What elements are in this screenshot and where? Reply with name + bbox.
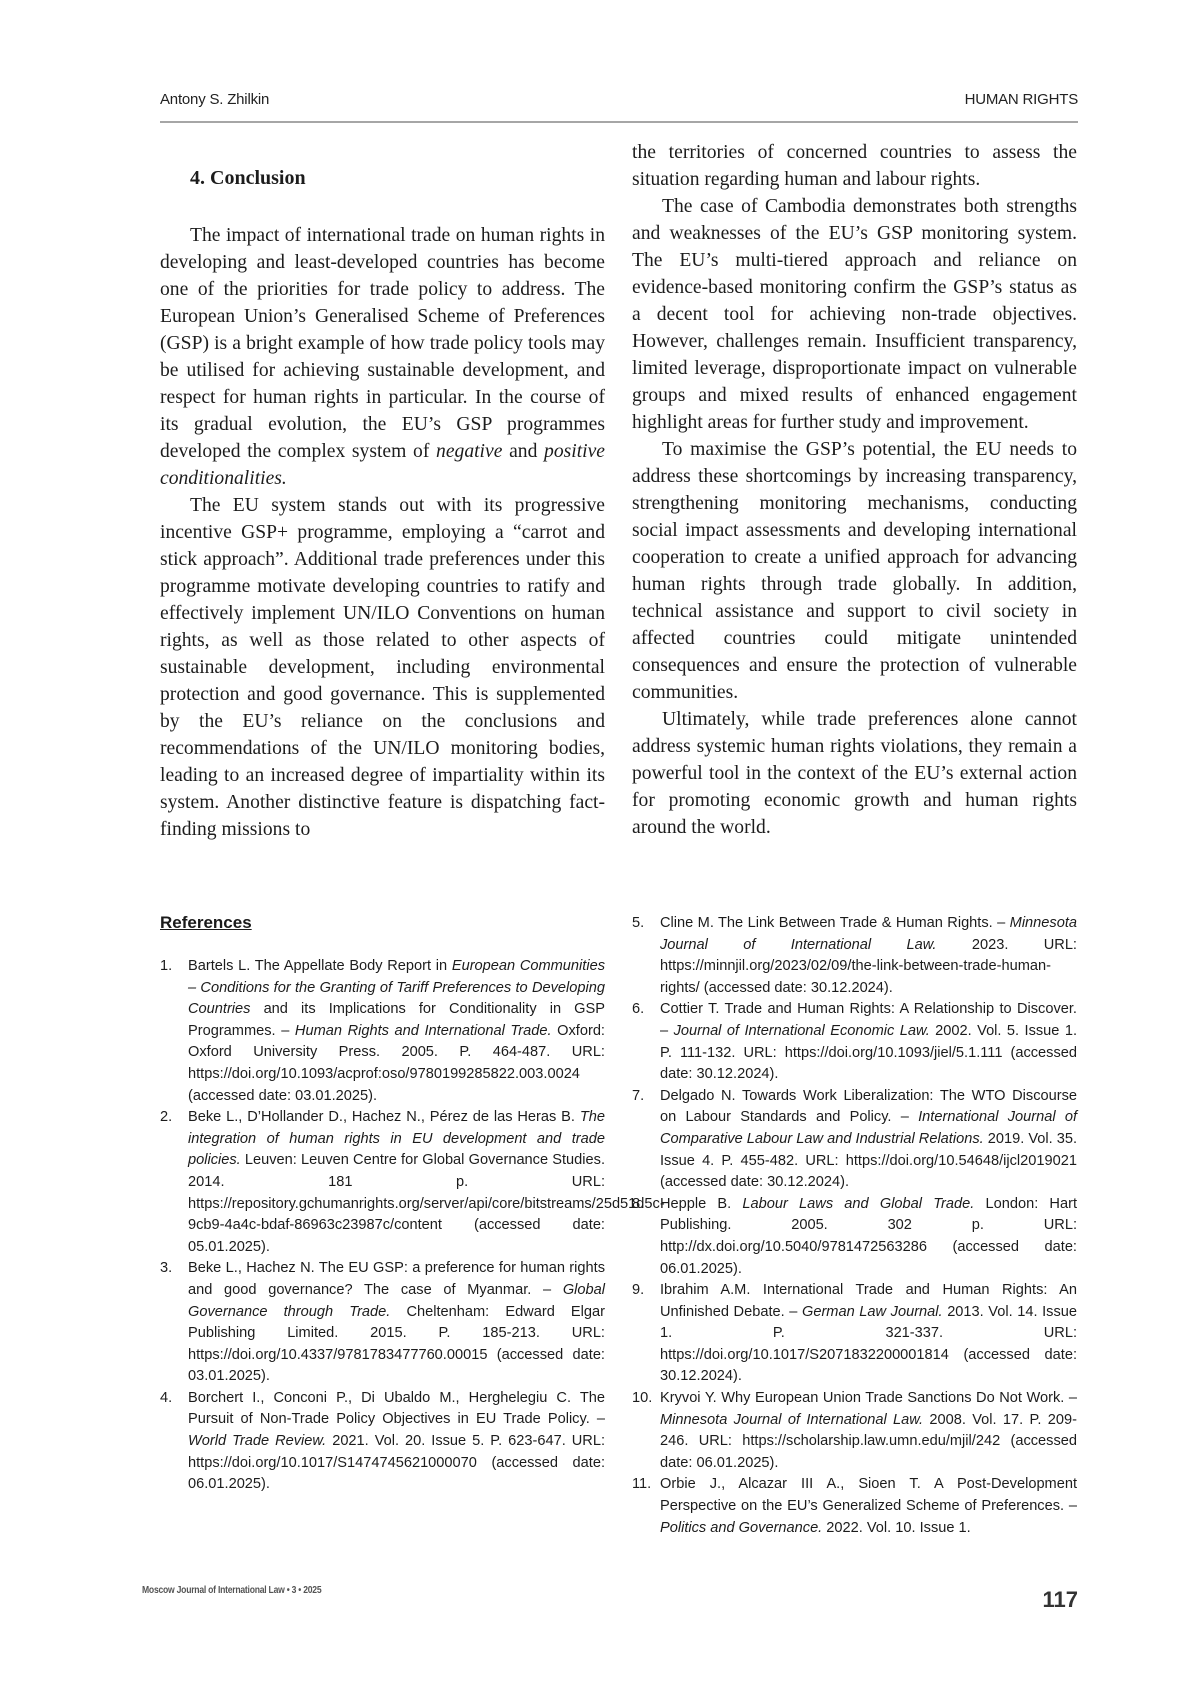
reference-item: 1.Bartels L. The Appellate Body Report i…	[160, 956, 605, 1107]
paragraph-5: Ultimately, while trade preferences alon…	[632, 706, 1077, 841]
section-label: HUMAN RIGHTS	[965, 91, 1078, 108]
author-name: Antony S. Zhilkin	[160, 91, 269, 108]
running-header: Antony S. Zhilkin HUMAN RIGHTS	[160, 88, 1078, 112]
reference-item: 5.Cline M. The Link Between Trade & Huma…	[632, 913, 1077, 999]
journal-footer: Moscow Journal of International Law • 3 …	[142, 1584, 321, 1596]
paragraph-4: To maximise the GSP’s potential, the EU …	[632, 436, 1077, 706]
references-list-right: 5.Cline M. The Link Between Trade & Huma…	[632, 913, 1077, 1539]
reference-item: 7.Delgado N. Towards Work Liberalization…	[632, 1086, 1077, 1194]
reference-item: 8.Hepple B. Labour Laws and Global Trade…	[632, 1194, 1077, 1280]
paragraph-3: The case of Cambodia demonstrates both s…	[632, 193, 1077, 436]
body-column-left: 4. Conclusion The impact of internationa…	[160, 165, 605, 843]
header-divider	[160, 121, 1078, 123]
reference-item: 2.Beke L., D’Hollander D., Hachez N., Pé…	[160, 1107, 605, 1258]
paragraph-2: The EU system stands out with its progre…	[160, 492, 605, 843]
references-list-left: 1.Bartels L. The Appellate Body Report i…	[160, 956, 605, 1496]
body-column-right: the territories of concerned countries t…	[632, 139, 1077, 841]
reference-item: 10.Kryvoi Y. Why European Union Trade Sa…	[632, 1388, 1077, 1474]
reference-item: 4.Borchert I., Conconi P., Di Ubaldo M.,…	[160, 1388, 605, 1496]
reference-item: 6.Cottier T. Trade and Human Rights: A R…	[632, 999, 1077, 1085]
journal-page: Antony S. Zhilkin HUMAN RIGHTS 4. Conclu…	[0, 0, 1200, 1697]
reference-item: 9.Ibrahim A.M. International Trade and H…	[632, 1280, 1077, 1388]
references-heading: References	[160, 913, 252, 933]
reference-item: 3.Beke L., Hachez N. The EU GSP: a prefe…	[160, 1258, 605, 1388]
section-title: 4. Conclusion	[190, 165, 605, 191]
page-number: 117	[1043, 1587, 1079, 1613]
paragraph-2-continued: the territories of concerned countries t…	[632, 139, 1077, 193]
reference-item: 11.Orbie J., Alcazar III A., Sioen T. A …	[632, 1474, 1077, 1539]
paragraph-1: The impact of international trade on hum…	[160, 222, 605, 492]
